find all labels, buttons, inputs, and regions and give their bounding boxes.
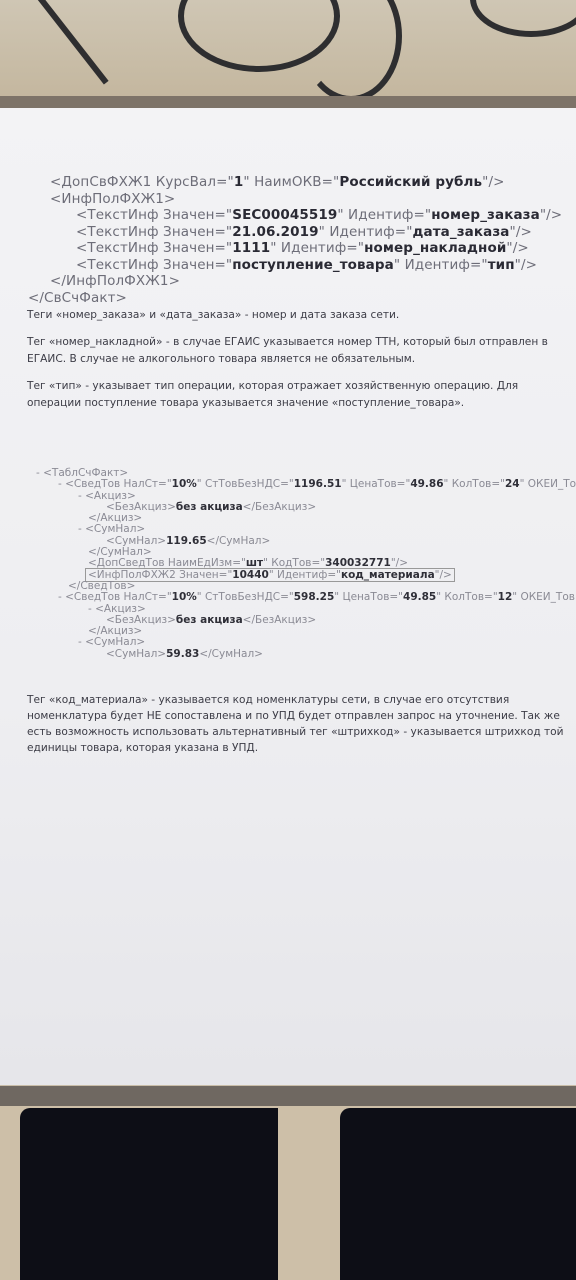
xml-line: <ТекстИнф Значен="21.06.2019" Идентиф="д… bbox=[28, 224, 562, 241]
table-edge-bottom bbox=[0, 1086, 576, 1106]
paragraph-invoice-number-tag: Тег «номер_накладной» - в случае ЕГАИС у… bbox=[27, 334, 572, 368]
trouser-leg bbox=[20, 1108, 278, 1280]
xml-code-block-2: - <ТаблСчФакт> - <СведТов НалСт="10%" Ст… bbox=[36, 468, 576, 660]
xml-code-block-1: <ДопСвФХЖ1 КурсВал="1" НаимОКВ="Российск… bbox=[28, 174, 562, 306]
xml-line: <ИнфПолФХЖ1> bbox=[28, 191, 562, 208]
cable bbox=[300, 0, 402, 102]
xml-line: <ТекстИнф Значен="1111" Идентиф="номер_н… bbox=[28, 240, 562, 257]
highlight-box: <ИнфПолФХЖ2 Значен="10440" Идентиф="код_… bbox=[85, 568, 455, 582]
xml-line: <ТекстИнф Значен="поступление_товара" Ид… bbox=[28, 257, 562, 274]
cable bbox=[30, 0, 109, 85]
xml-line: <ТекстИнф Значен="SEC00045519" Идентиф="… bbox=[28, 207, 562, 224]
xml-line: </СвСчФакт> bbox=[28, 290, 562, 307]
paragraph-type-tag: Тег «тип» - указывает тип операции, кото… bbox=[27, 378, 572, 412]
background-floor-top bbox=[0, 0, 576, 96]
xml-line: </ИнфПолФХЖ1> bbox=[28, 273, 562, 290]
paragraph-order-tags: Теги «номер_заказа» и «дата_заказа» - но… bbox=[27, 307, 572, 324]
paragraph-material-code-tag: Тег «код_материала» - указывается код но… bbox=[27, 692, 572, 756]
cable bbox=[470, 0, 576, 37]
xml-line: <СумНал>59.83</СумНал> bbox=[36, 649, 576, 660]
trouser-leg bbox=[340, 1108, 576, 1280]
xml-line: <ДопСвФХЖ1 КурсВал="1" НаимОКВ="Российск… bbox=[28, 174, 562, 191]
